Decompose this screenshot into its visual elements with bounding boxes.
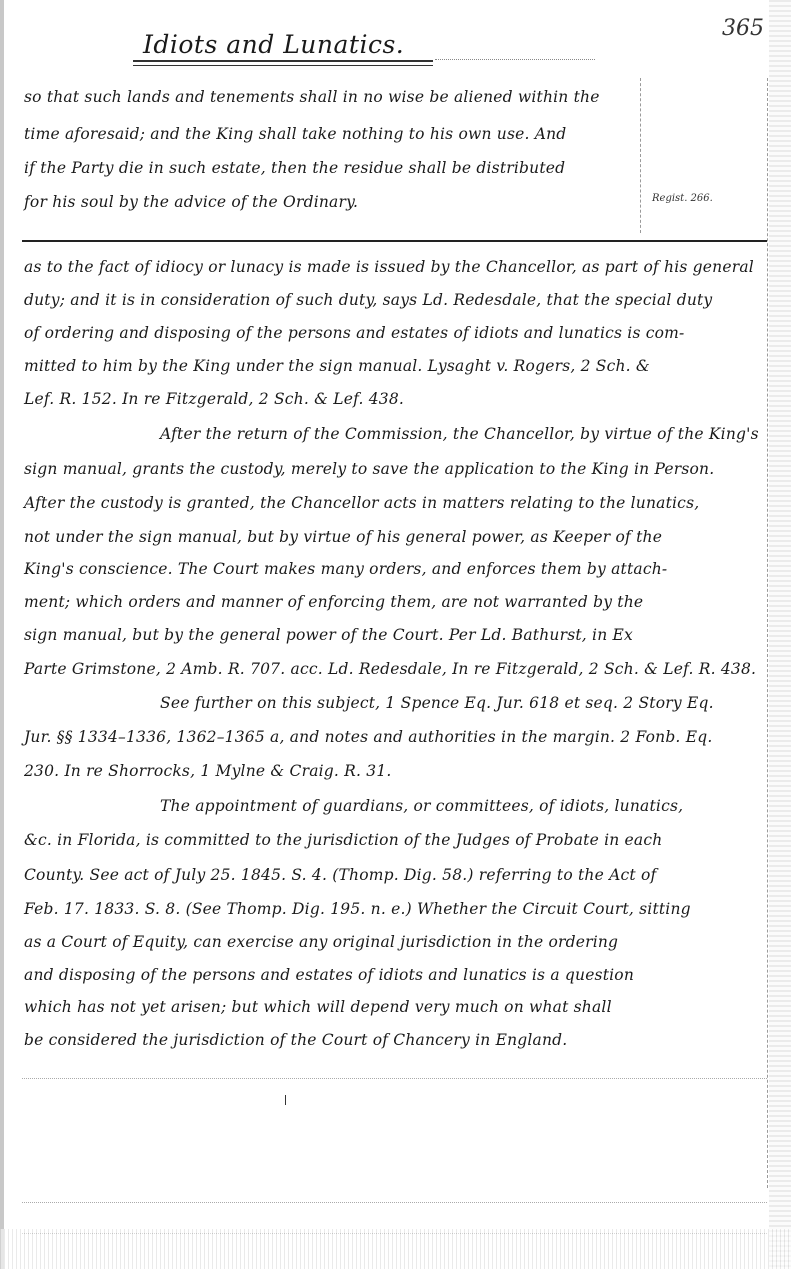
text-line: of ordering and disposing of the persons… <box>24 324 685 342</box>
stray-mark <box>285 1095 286 1105</box>
ruled-line <box>22 1202 767 1203</box>
paragraph-start-line: The appointment of guardians, or committ… <box>160 797 683 815</box>
margin-rule <box>640 78 641 233</box>
text-line: Lef. R. 152. In re Fitzgerald, 2 Sch. & … <box>24 390 404 408</box>
scan-right-edge <box>769 0 791 1269</box>
title-underline <box>133 60 433 66</box>
text-line: ment; which orders and manner of enforci… <box>24 593 643 611</box>
text-line: Jur. §§ 1334–1336, 1362–1365 a, and note… <box>24 728 712 746</box>
text-line: duty; and it is in consideration of such… <box>24 291 712 309</box>
text-line: for his soul by the advice of the Ordina… <box>24 193 358 211</box>
text-line: as to the fact of idiocy or lunacy is ma… <box>24 258 754 276</box>
paragraph-start-line: See further on this subject, 1 Spence Eq… <box>160 694 714 712</box>
margin-note: Regist. 266. <box>652 193 713 204</box>
text-line: After the custody is granted, the Chance… <box>24 494 699 512</box>
text-line: mitted to him by the King under the sign… <box>24 357 650 375</box>
text-line: sign manual, but by the general power of… <box>24 626 633 644</box>
text-line: 230. In re Shorrocks, 1 Mylne & Craig. R… <box>24 762 392 780</box>
section-divider <box>22 240 767 242</box>
page-title: Idiots and Lunatics. <box>143 30 404 59</box>
text-line: as a Court of Equity, can exercise any o… <box>24 933 618 951</box>
text-line: King's conscience. The Court makes many … <box>24 560 667 578</box>
text-line: &c. in Florida, is committed to the juri… <box>24 831 662 849</box>
text-line: time aforesaid; and the King shall take … <box>24 125 566 143</box>
title-rule <box>435 59 595 60</box>
scan-left-edge <box>0 0 4 1269</box>
scan-noise <box>0 1229 791 1269</box>
text-line: so that such lands and tenements shall i… <box>24 88 600 106</box>
right-margin-rule <box>767 78 768 1188</box>
paragraph-start-line: After the return of the Commission, the … <box>160 425 759 443</box>
text-line: be considered the jurisdiction of the Co… <box>24 1031 567 1049</box>
text-line: which has not yet arisen; but which will… <box>24 998 612 1016</box>
text-line: Parte Grimstone, 2 Amb. R. 707. acc. Ld.… <box>24 660 756 678</box>
text-line: sign manual, grants the custody, merely … <box>24 460 714 478</box>
text-line: and disposing of the persons and estates… <box>24 966 634 984</box>
ruled-line <box>22 1078 767 1079</box>
text-line: Feb. 17. 1833. S. 8. (See Thomp. Dig. 19… <box>24 900 691 918</box>
page-number: 365 <box>722 16 764 41</box>
text-line: if the Party die in such estate, then th… <box>24 159 565 177</box>
text-line: not under the sign manual, but by virtue… <box>24 528 662 546</box>
text-line: County. See act of July 25. 1845. S. 4. … <box>24 866 656 884</box>
